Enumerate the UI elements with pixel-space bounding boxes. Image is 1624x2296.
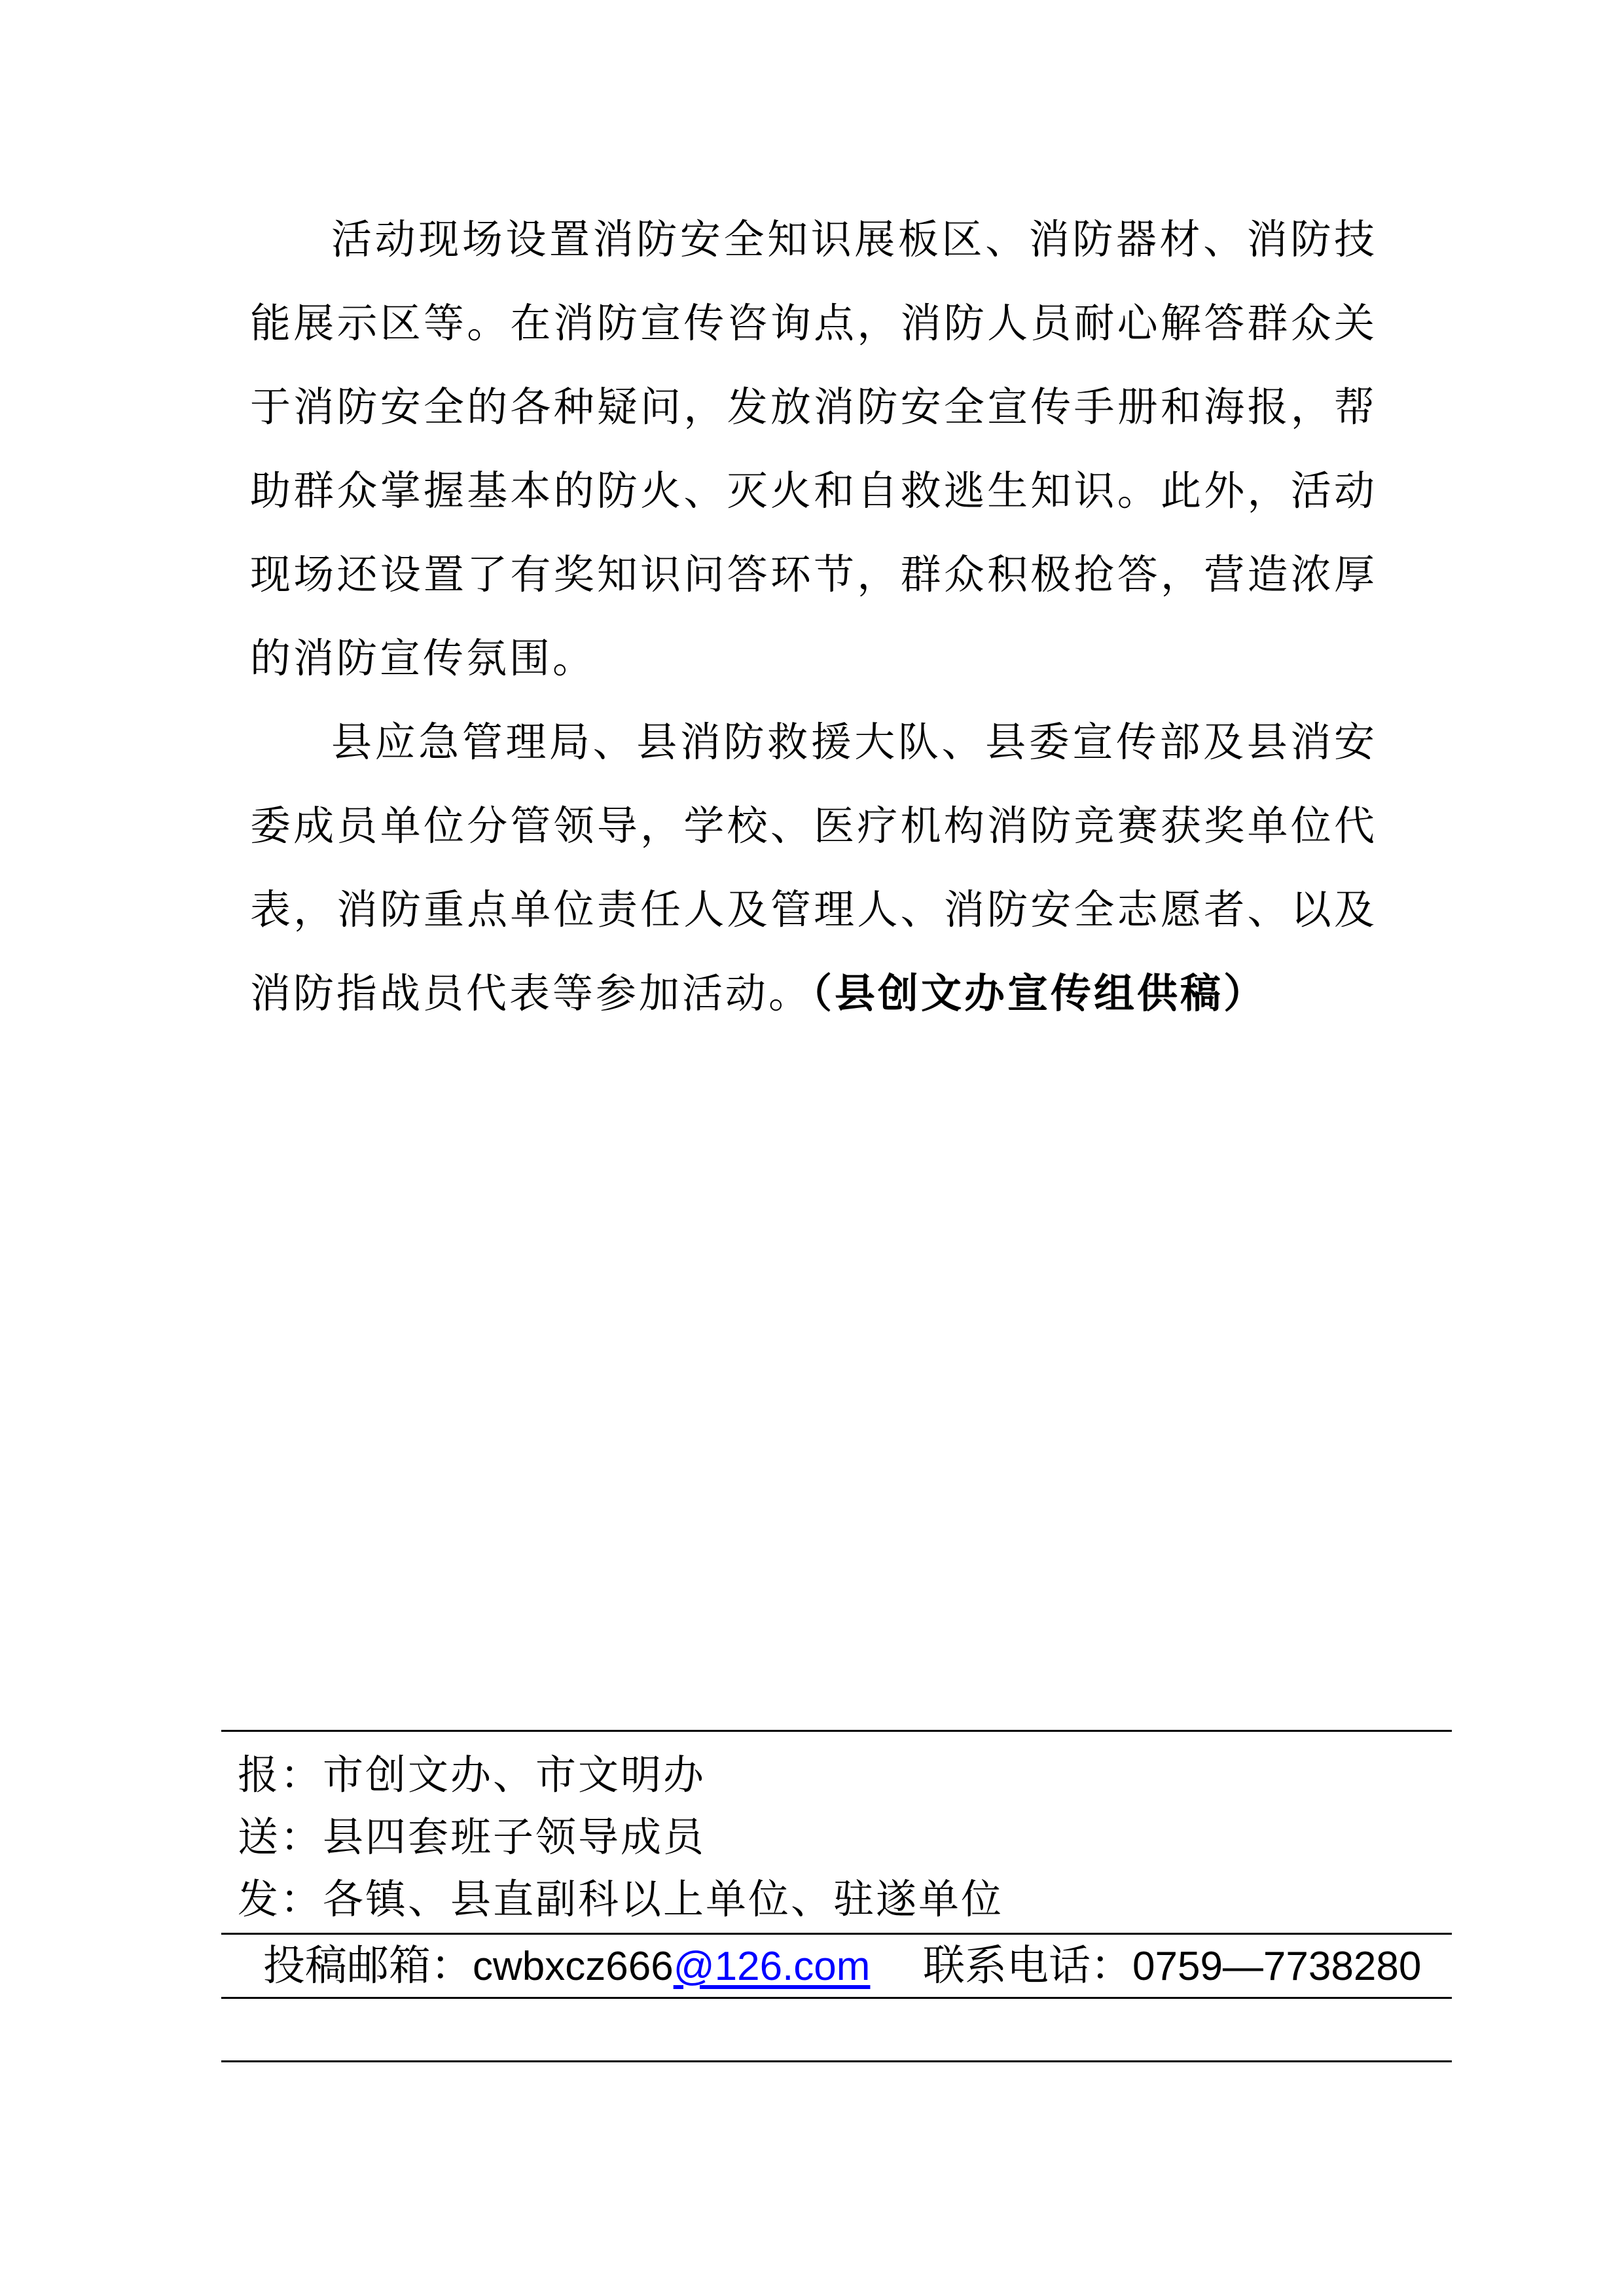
distribution-row-report: 报：市创文办、市文明办 [238,1745,1003,1807]
footer-divider-top [221,1730,1452,1732]
document-page: 活动现场设置消防安全知识展板区、消防器材、消防技能展示区等。在消防宣传咨询点，消… [0,0,1624,2296]
paragraph-activity-scene: 活动现场设置消防安全知识展板区、消防器材、消防技能展示区等。在消防宣传咨询点，消… [250,198,1377,701]
email-user: cwbxcz666 [473,1944,674,1989]
contact-divider-bottom [221,1997,1452,1999]
contact-row: 投稿邮箱：cwbxcz666@126.com 联系电话：0759—7738280 [0,1935,1624,1997]
page-bottom-divider [221,2060,1452,2062]
phone-block: 联系电话：0759—7738280 [923,1935,1421,1998]
distribution-row-send: 送：县四套班子领导成员 [238,1807,1003,1869]
distribution-row-issue: 发：各镇、县直副科以上单位、驻遂单位 [238,1869,1003,1931]
phone-number: 0759—7738280 [1132,1944,1421,1989]
email-block: 投稿邮箱：cwbxcz666@126.com [263,1935,870,1998]
attribution-source: （县创文办宣传组供稿） [812,972,1267,1016]
distribution-list: 报：市创文办、市文明办 送：县四套班子领导成员 发：各镇、县直副科以上单位、驻遂… [238,1745,1003,1931]
phone-label: 联系电话： [923,1943,1132,1989]
paragraph-participants: 县应急管理局、县消防救援大队、县委宣传部及县消安委成员单位分管领导，学校、医疗机… [250,701,1377,1036]
email-domain-link[interactable]: @126.com [674,1944,871,1989]
article-body: 活动现场设置消防安全知识展板区、消防器材、消防技能展示区等。在消防宣传咨询点，消… [250,198,1377,1036]
email-label: 投稿邮箱： [263,1943,473,1989]
